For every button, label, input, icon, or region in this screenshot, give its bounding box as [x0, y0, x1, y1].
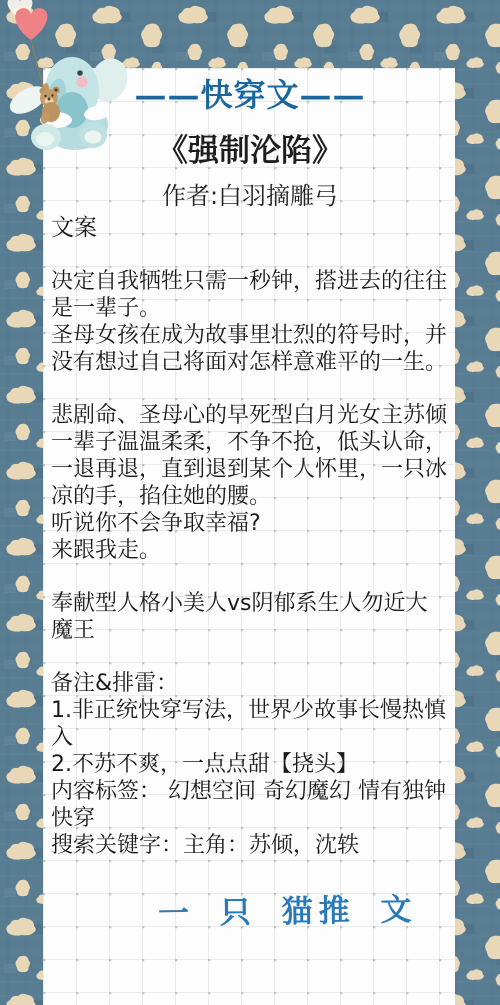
copy-section-label: 文案 [51, 214, 449, 242]
copy-paragraph-intro: 决定自我牺牲只需一秒钟，搭进去的往往是一辈子。 圣母女孩在成为故事里壮烈的符号时… [51, 268, 449, 376]
elephant-illustration [0, 0, 170, 200]
heart-balloon-icon [15, 8, 47, 40]
copy-paragraph-notes: 备注&排雷： 1.非正统快穿写法，世界少故事长慢热慎入 2.不苏不爽，一点点甜【… [51, 670, 449, 859]
copy-paragraph-pairing: 奉献型人格小美人vs阴郁系生人勿近大魔王 [51, 590, 449, 644]
content-panel: ——快穿文—— 《强制沦陷》 作者:白羽摘雕弓 文案 决定自我牺牲只需一秒钟，搭… [43, 68, 455, 1005]
elephant-body [5, 53, 133, 150]
balloon-string [31, 40, 44, 90]
watermark-signature: 一 只 猫推 文 [157, 884, 417, 934]
copy-paragraph-heroine: 悲剧命、圣母心的早死型白月光女主苏倾一辈子温温柔柔，不争不抢，低头认命，一退再退… [51, 402, 449, 564]
